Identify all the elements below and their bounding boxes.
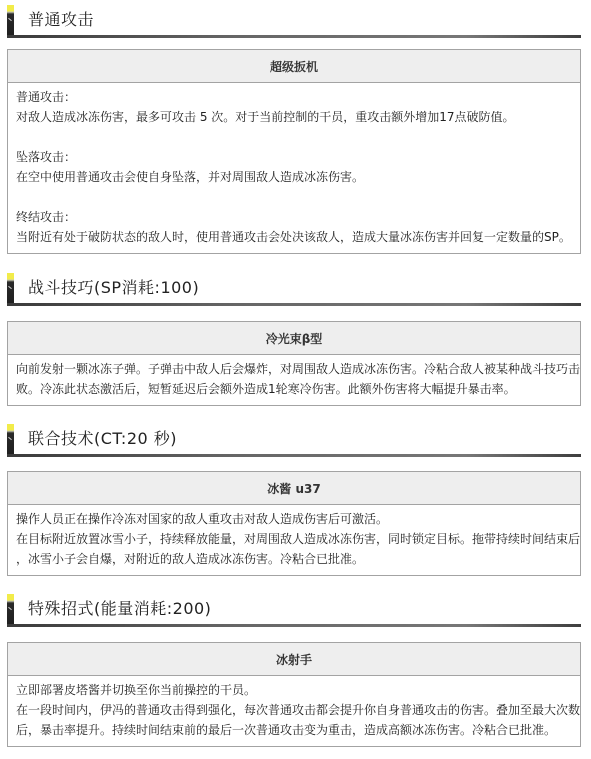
description-line: 在空中使用普通攻击会使自身坠落，并对周围敌人造成冰冻伤害。 — [16, 167, 572, 187]
description-line: 操作人员正在操作冷冻对国家的敌人重攻击对敌人造成伤害后可激活。 — [16, 509, 572, 529]
section-marker-icon — [7, 5, 14, 38]
section-title: 特殊招式(能量消耗:200) — [28, 598, 211, 620]
description-line: 败。冷冻此状态激活后，短暂延迟后会额外造成1轮寒冷伤害。此额外伤害将大幅提升暴击… — [16, 379, 572, 399]
skill-table-basic-attack: 超级扳机 普通攻击： 对敌人造成冰冻伤害，最多可攻击 5 次。对于当前控制的干员… — [7, 49, 581, 254]
skill-description: 操作人员正在操作冷冻对国家的敌人重攻击对敌人造成伤害后可激活。 在目标附近放置冰… — [8, 505, 580, 575]
skill-name: 超级扳机 — [8, 50, 580, 83]
section-divider — [7, 454, 581, 457]
skill-name: 冰射手 — [8, 643, 580, 676]
section-divider — [7, 624, 581, 627]
description-line: 终结攻击： — [16, 207, 572, 227]
description-line: 立即部署皮塔酱并切换至你当前操控的干员。 — [16, 680, 572, 700]
section-marker-icon — [7, 424, 14, 457]
section-title: 战斗技巧(SP消耗:100) — [28, 277, 199, 299]
description-line: 当附近有处于破防状态的敌人时，使用普通攻击会处决该敌人，造成大量冰冻伤害并回复一… — [16, 227, 572, 247]
description-line: 对敌人造成冰冻伤害，最多可攻击 5 次。对于当前控制的干员，重攻击额外增加17点… — [16, 107, 572, 127]
section-title: 联合技术(CT:20 秒) — [28, 428, 177, 450]
description-line: 在目标附近放置冰雪小子，持续释放能量，对周围敌人造成冰冻伤害，同时锁定目标。拖带… — [16, 529, 572, 549]
skill-name: 冷光束β型 — [8, 322, 580, 355]
skill-name: 冰酱 u37 — [8, 472, 580, 505]
description-line: 后，暴击率提升。持续时间结束前的最后一次普通攻击变为重击，造成高额冰冻伤害。冷粘… — [16, 720, 572, 740]
section-header-basic-attack: 普通攻击 — [7, 5, 581, 38]
description-line: 在一段时间内，伊冯的普通攻击得到强化，每次普通攻击都会提升你自身普通攻击的伤害。… — [16, 700, 572, 720]
section-header-ultimate: 特殊招式(能量消耗:200) — [7, 594, 581, 627]
section-header-battle-skill: 战斗技巧(SP消耗:100) — [7, 273, 581, 306]
section-marker-icon — [7, 273, 14, 306]
description-line: 坠落攻击： — [16, 147, 572, 167]
section-marker-icon — [7, 594, 14, 627]
description-line: 向前发射一颗冰冻子弹。子弹击中敌人后会爆炸，对周围敌人造成冰冻伤害。冷粘合敌人被… — [16, 359, 572, 379]
skill-description: 普通攻击： 对敌人造成冰冻伤害，最多可攻击 5 次。对于当前控制的干员，重攻击额… — [8, 83, 580, 253]
section-title: 普通攻击 — [28, 9, 94, 31]
section-header-combo-skill: 联合技术(CT:20 秒) — [7, 424, 581, 457]
skill-description: 向前发射一颗冰冻子弹。子弹击中敌人后会爆炸，对周围敌人造成冰冻伤害。冷粘合敌人被… — [8, 355, 580, 405]
description-line: ，冰雪小子会自爆，对附近的敌人造成冰冻伤害。冷粘合已批准。 — [16, 549, 572, 569]
skill-table-battle-skill: 冷光束β型 向前发射一颗冰冻子弹。子弹击中敌人后会爆炸，对周围敌人造成冰冻伤害。… — [7, 321, 581, 406]
line-gap — [16, 187, 572, 207]
skill-table-combo-skill: 冰酱 u37 操作人员正在操作冷冻对国家的敌人重攻击对敌人造成伤害后可激活。 在… — [7, 471, 581, 576]
section-divider — [7, 303, 581, 306]
skill-table-ultimate: 冰射手 立即部署皮塔酱并切换至你当前操控的干员。 在一段时间内，伊冯的普通攻击得… — [7, 642, 581, 747]
line-gap — [16, 127, 572, 147]
description-line: 普通攻击： — [16, 87, 572, 107]
skill-description: 立即部署皮塔酱并切换至你当前操控的干员。 在一段时间内，伊冯的普通攻击得到强化，… — [8, 676, 580, 746]
section-divider — [7, 35, 581, 38]
